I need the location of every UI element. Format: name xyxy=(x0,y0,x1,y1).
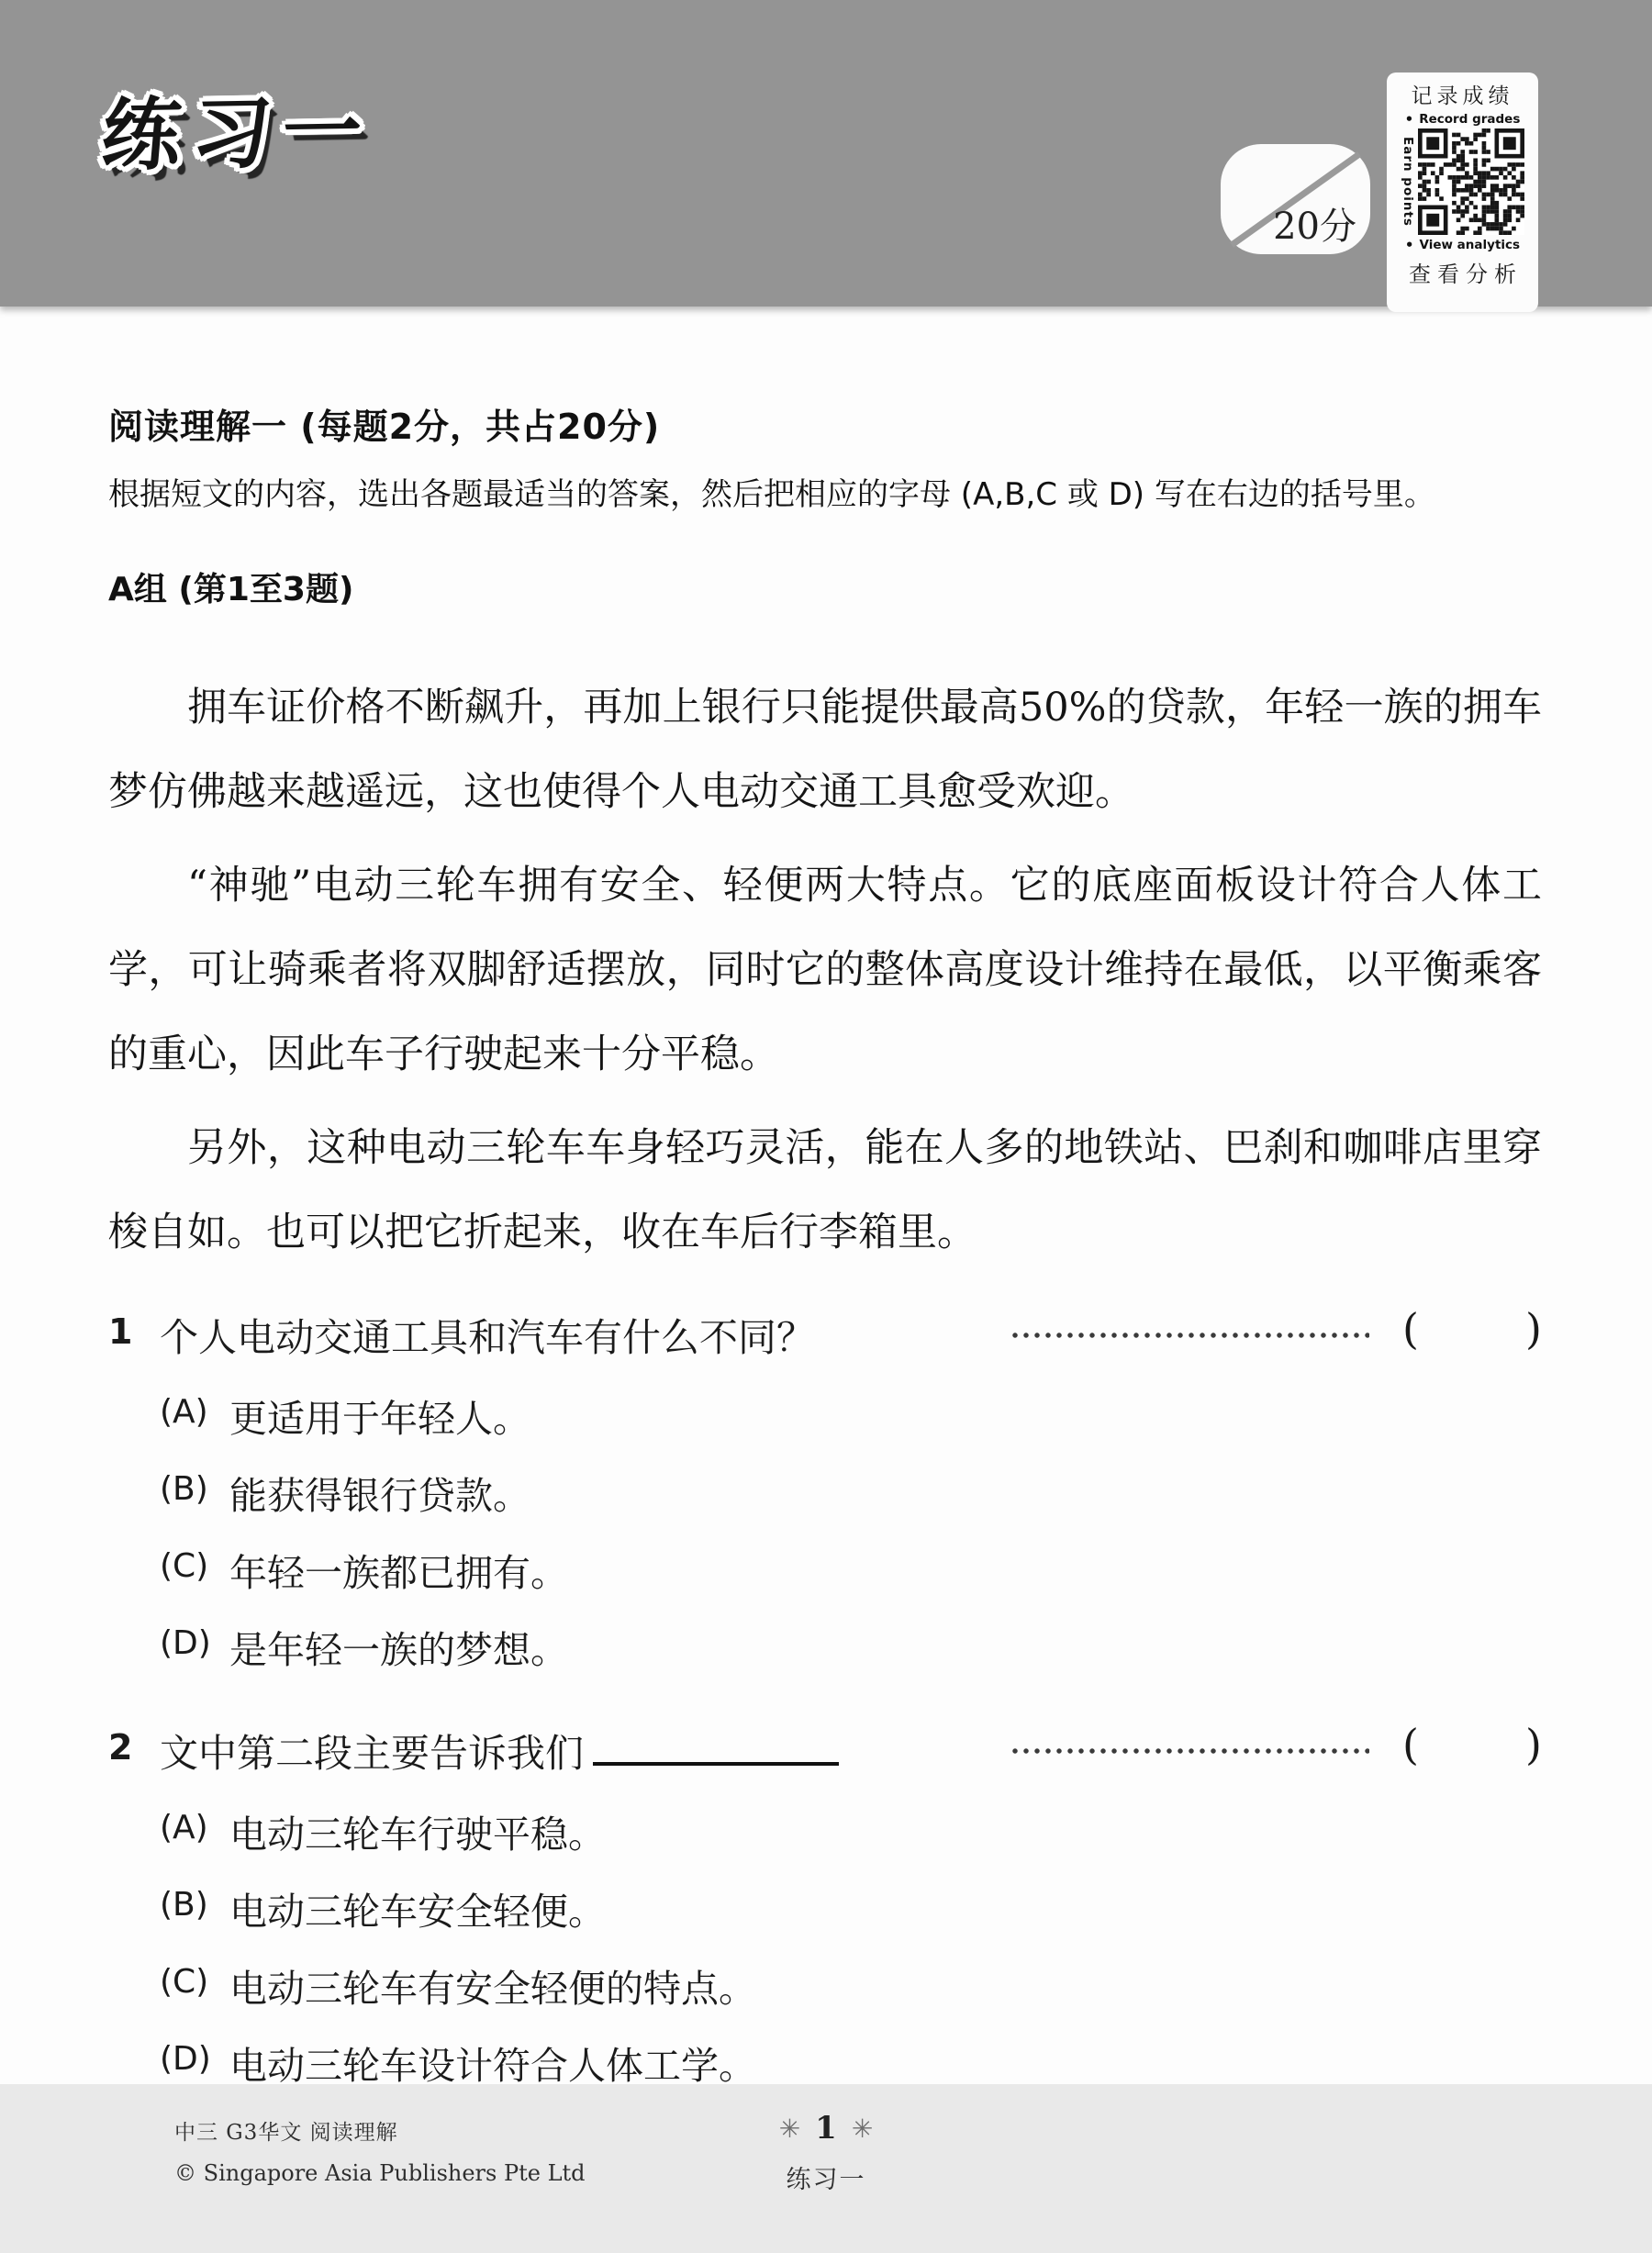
option-letter: (A) xyxy=(160,1389,229,1443)
question-block: 1 个人电动交通工具和汽车有什么不同？ ( ) (A) 更适用于年轻人。 (B) xyxy=(108,1308,1542,1674)
dotted-leader xyxy=(1010,1330,1369,1341)
answer-brackets: ( ) xyxy=(1402,1720,1542,1769)
bracket-close: ) xyxy=(1525,1720,1542,1769)
footer-left: 中三 G3华文 阅读理解 © Singapore Asia Publishers… xyxy=(174,2115,586,2186)
footer-exercise-label: 练习一 xyxy=(779,2159,874,2195)
option-text: 更适用于年轻人。 xyxy=(229,1389,530,1443)
option-letter: (D) xyxy=(160,1620,229,1674)
question-text: 个人电动交通工具和汽车有什么不同？ xyxy=(160,1308,815,1363)
passage-paragraph: 拥车证价格不断飙升，再加上银行只能提供最高50%的贷款，年轻一族的拥车梦仿佛越来… xyxy=(108,665,1542,834)
score-badge: 20分 xyxy=(1221,144,1370,254)
option-row: (A) 更适用于年轻人。 xyxy=(160,1389,1542,1443)
question-block: 2 文中第二段主要告诉我们 ( ) (A) 电动三轮车行驶平稳。 (B xyxy=(108,1723,1542,2090)
option-letter: (A) xyxy=(160,1804,229,1858)
instructions: 根据短文的内容，选出各题最适当的答案，然后把相应的字母 (A,B,C 或 D) … xyxy=(108,469,1542,521)
options-list: (A) 更适用于年轻人。 (B) 能获得银行贷款。 (C) 年轻一族都已拥有。 … xyxy=(108,1389,1542,1674)
answer-blank xyxy=(593,1723,839,1766)
option-letter: (D) xyxy=(160,2036,229,2090)
option-text: 电动三轮车行驶平稳。 xyxy=(229,1804,606,1858)
score-label: 20分 xyxy=(1273,197,1356,250)
footer: 中三 G3华文 阅读理解 © Singapore Asia Publishers… xyxy=(0,2084,1652,2253)
earn-points-label: Earn points xyxy=(1401,137,1415,227)
footer-copyright: © Singapore Asia Publishers Pte Ltd xyxy=(174,2160,586,2186)
option-text: 年轻一族都已拥有。 xyxy=(229,1543,568,1597)
option-letter: (C) xyxy=(160,1958,229,2013)
option-row: (D) 电动三轮车设计符合人体工学。 xyxy=(160,2036,1542,2090)
option-letter: (B) xyxy=(160,1466,229,1520)
qr-panel: 记录成绩 • Record grades Earn points • View … xyxy=(1387,72,1538,312)
option-text: 电动三轮车设计符合人体工学。 xyxy=(229,2036,756,2090)
group-label: A组 (第1至3题) xyxy=(108,563,1542,610)
exercise-title: 练习一 xyxy=(97,67,377,185)
option-text: 电动三轮车有安全轻便的特点。 xyxy=(229,1958,756,2013)
record-grades-label: Record grades xyxy=(1419,112,1520,127)
bracket-open: ( xyxy=(1402,1304,1419,1354)
qr-caption: 查看分析 xyxy=(1402,256,1523,288)
option-row: (A) 电动三轮车行驶平稳。 xyxy=(160,1804,1542,1858)
dotted-leader xyxy=(1010,1746,1369,1757)
passage: 拥车证价格不断飙升，再加上银行只能提供最高50%的贷款，年轻一族的拥车梦仿佛越来… xyxy=(108,665,1542,1275)
option-row: (C) 电动三轮车有安全轻便的特点。 xyxy=(160,1958,1542,2013)
qr-mid: Earn points xyxy=(1401,128,1524,235)
bracket-close: ) xyxy=(1525,1304,1542,1354)
star-icon: ✳ xyxy=(779,2114,800,2144)
option-text: 能获得银行贷款。 xyxy=(229,1466,530,1520)
page-number-row: ✳ 1 ✳ xyxy=(779,2110,874,2147)
question-number: 2 xyxy=(108,1723,160,1768)
question-text: 文中第二段主要告诉我们 xyxy=(160,1723,584,1779)
option-row: (C) 年轻一族都已拥有。 xyxy=(160,1543,1542,1597)
passage-paragraph: “神驰”电动三轮车拥有安全、轻便两大特点。它的底座面板设计符合人体工学，可让骑乘… xyxy=(108,843,1542,1097)
passage-paragraph: 另外，这种电动三轮车车身轻巧灵活，能在人多的地铁站、巴刹和咖啡店里穿梭自如。也可… xyxy=(108,1106,1542,1275)
option-row: (B) 能获得银行贷款。 xyxy=(160,1466,1542,1520)
option-row: (B) 电动三轮车安全轻便。 xyxy=(160,1881,1542,1935)
options-list: (A) 电动三轮车行驶平稳。 (B) 电动三轮车安全轻便。 (C) 电动三轮车有… xyxy=(108,1804,1542,2090)
footer-course: 中三 G3华文 阅读理解 xyxy=(174,2115,586,2146)
option-letter: (C) xyxy=(160,1543,229,1597)
qr-title: 记录成绩 xyxy=(1412,79,1514,109)
option-text: 电动三轮车安全轻便。 xyxy=(229,1881,606,1935)
bracket-open: ( xyxy=(1402,1720,1419,1769)
option-text: 是年轻一族的梦想。 xyxy=(229,1620,568,1674)
bullet-icon: • xyxy=(1405,239,1414,252)
qr-code xyxy=(1418,128,1524,235)
section-heading: 阅读理解一 (每题2分，共占20分) xyxy=(108,398,1542,449)
answer-brackets: ( ) xyxy=(1402,1304,1542,1354)
header-band: 练习一 20分 记录成绩 • Record grades Earn points… xyxy=(0,0,1652,307)
option-letter: (B) xyxy=(160,1881,229,1935)
question-number: 1 xyxy=(108,1308,160,1352)
page-number: 1 xyxy=(815,2110,837,2147)
question-row: 1 个人电动交通工具和汽车有什么不同？ ( ) xyxy=(108,1308,1542,1363)
main-content: 阅读理解一 (每题2分，共占20分) 根据短文的内容，选出各题最适当的答案，然后… xyxy=(0,307,1652,2139)
record-grades-row: • Record grades xyxy=(1405,112,1521,127)
star-icon: ✳ xyxy=(852,2114,873,2144)
view-analytics-label: View analytics xyxy=(1420,238,1521,252)
question-row: 2 文中第二段主要告诉我们 ( ) xyxy=(108,1723,1542,1779)
bullet-icon: • xyxy=(1405,113,1414,127)
footer-center: ✳ 1 ✳ 练习一 xyxy=(779,2110,874,2195)
view-analytics-row: • View analytics xyxy=(1405,238,1520,252)
worksheet-page: 练习一 20分 记录成绩 • Record grades Earn points… xyxy=(0,0,1652,2253)
option-row: (D) 是年轻一族的梦想。 xyxy=(160,1620,1542,1674)
questions: 1 个人电动交通工具和汽车有什么不同？ ( ) (A) 更适用于年轻人。 (B) xyxy=(108,1308,1542,2090)
